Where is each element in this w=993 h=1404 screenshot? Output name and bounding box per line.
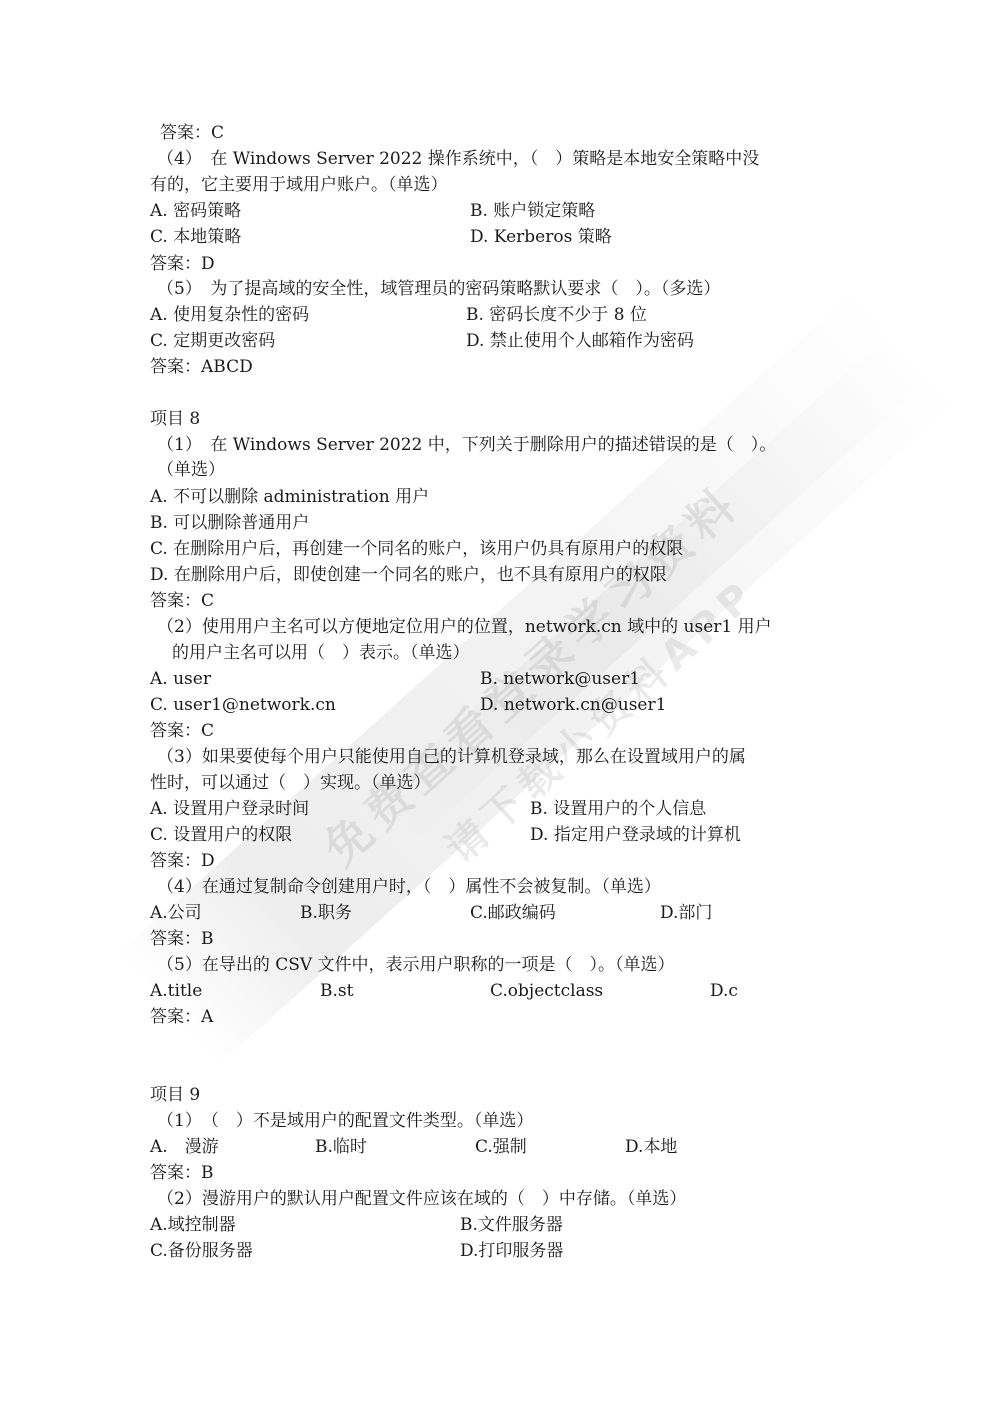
option-b: B.临时: [315, 1136, 367, 1158]
question-stem: （4） 在 Windows Server 2022 操作系统中，（ ）策略是本地…: [157, 148, 759, 170]
option-d: D.c: [710, 980, 738, 1002]
option-d: D.本地: [625, 1136, 677, 1158]
answer-text: 答案：A: [150, 1006, 213, 1028]
option-a: A.公司: [150, 902, 202, 924]
option-b: B. 设置用户的个人信息: [530, 798, 706, 820]
answer-text: 答案：C: [160, 122, 224, 144]
question-stem: 性时，可以通过（ ）实现。（单选）: [150, 772, 431, 794]
option-c: C. 本地策略: [150, 226, 241, 248]
option-c: C.邮政编码: [470, 902, 556, 924]
section-title: 项目 8: [150, 408, 200, 430]
question-stem: （5）在导出的 CSV 文件中，表示用户职称的一项是（ ）。（单选）: [157, 954, 675, 976]
question-stem: （5） 为了提高域的安全性，域管理员的密码策略默认要求（ ）。（多选）: [157, 278, 720, 300]
option-a: A. 使用复杂性的密码: [150, 304, 309, 326]
option-d: D.部门: [660, 902, 712, 924]
option-c: C.强制: [475, 1136, 527, 1158]
option-b: B. 可以删除普通用户: [150, 512, 309, 534]
option-c: C. 在删除用户后，再创建一个同名的账户，该用户仍具有原用户的权限: [150, 538, 683, 560]
option-d: D. 指定用户登录域的计算机: [530, 824, 741, 846]
answer-text: 答案：ABCD: [150, 356, 253, 378]
option-b: B. network@user1: [480, 668, 640, 690]
question-stem: （2）使用用户主名可以方便地定位用户的位置，network.cn 域中的 use…: [157, 616, 772, 638]
option-a: A. 密码策略: [150, 200, 241, 222]
question-stem: 有的，它主要用于域用户账户。（单选）: [150, 174, 448, 196]
document-page: 免费查看登录学习资料 请下载小资料APP 答案：C （4） 在 Windows …: [0, 0, 993, 1404]
answer-text: 答案：C: [150, 720, 214, 742]
answer-text: 答案：D: [150, 253, 215, 275]
question-stem: （单选）: [157, 459, 225, 481]
option-b: B.职务: [300, 902, 352, 924]
question-stem: （4）在通过复制命令创建用户时，（ ）属性不会被复制。（单选）: [157, 876, 661, 898]
option-a: A. 漫游: [150, 1136, 219, 1158]
option-b: B.st: [320, 980, 353, 1002]
option-c: C.备份服务器: [150, 1240, 253, 1262]
question-stem: （1） 在 Windows Server 2022 中，下列关于删除用户的描述错…: [157, 434, 776, 456]
option-a: A. 不可以删除 administration 用户: [150, 486, 429, 508]
option-a: A. 设置用户登录时间: [150, 798, 309, 820]
answer-text: 答案：B: [150, 928, 214, 950]
option-b: B.文件服务器: [460, 1214, 563, 1236]
option-d: D. 在删除用户后，即使创建一个同名的账户，也不具有原用户的权限: [150, 564, 667, 586]
answer-text: 答案：D: [150, 850, 215, 872]
option-b: B. 密码长度不少于 8 位: [466, 304, 647, 326]
option-c: C. user1@network.cn: [150, 694, 336, 716]
option-c: C. 设置用户的权限: [150, 824, 292, 846]
question-stem: （2）漫游用户的默认用户配置文件应该在域的（ ）中存储。（单选）: [157, 1188, 686, 1210]
answer-text: 答案：C: [150, 590, 214, 612]
option-d: D.打印服务器: [460, 1240, 563, 1262]
option-d: D. Kerberos 策略: [470, 226, 612, 248]
option-a: A.域控制器: [150, 1214, 236, 1236]
section-title: 项目 9: [150, 1084, 200, 1106]
question-stem: （1） （ ）不是域用户的配置文件类型。（单选）: [157, 1110, 533, 1132]
option-c: C. 定期更改密码: [150, 330, 275, 352]
option-a: A. user: [150, 668, 211, 690]
option-d: D. network.cn@user1: [480, 694, 666, 716]
question-stem: 的用户主名可以用（ ）表示。（单选）: [172, 642, 470, 664]
answer-text: 答案：B: [150, 1162, 214, 1184]
option-b: B. 账户锁定策略: [470, 200, 595, 222]
option-c: C.objectclass: [490, 980, 603, 1002]
option-a: A.title: [150, 980, 202, 1002]
question-stem: （3）如果要使每个用户只能使用自己的计算机登录域，那么在设置域用户的属: [157, 746, 746, 768]
option-d: D. 禁止使用个人邮箱作为密码: [466, 330, 694, 352]
